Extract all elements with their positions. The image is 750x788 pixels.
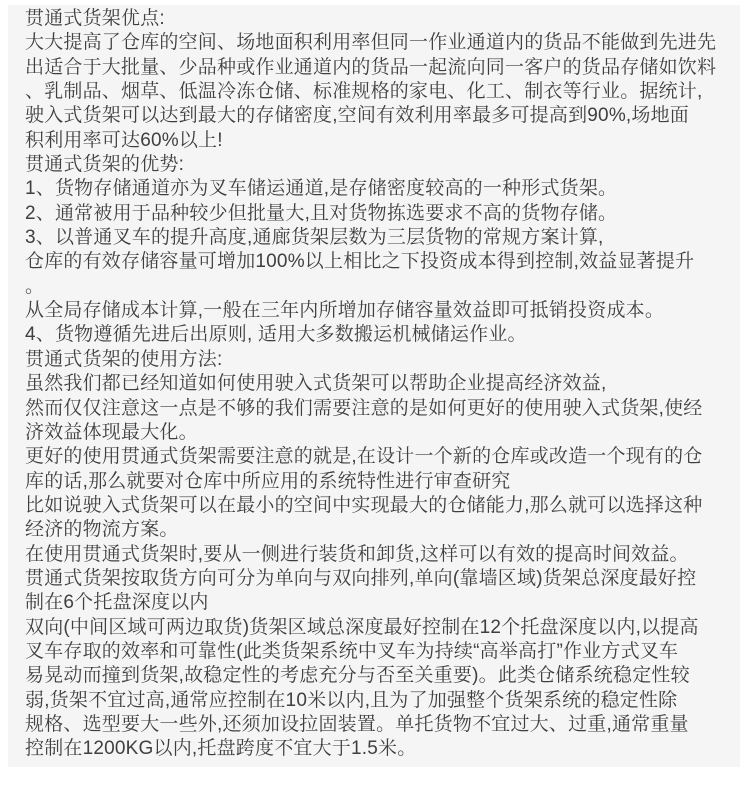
document-content: 贯通式货架优点: 大大提高了仓库的空间、场地面积利用率但同一作业通道内的货品不能…	[8, 5, 740, 762]
list-item: 1、货物存储通道亦为叉车储运通道,是存储密度较高的一种形式货架。	[25, 177, 732, 201]
text-line: 积利用率可达60%以上!	[25, 129, 732, 153]
text-line: 比如说驶入式货架可以在最小的空间中实现最大的仓储能力,那么就可以选择这种	[25, 494, 732, 518]
heading-advantages-title: 贯通式货架优点:	[25, 7, 732, 31]
list-item: 2、通常被用于品种较少但批量大,且对货物拣选要求不高的货物存储。	[25, 202, 732, 226]
text-line: 弱,货架不宜过高,通常应控制在10米以内,且为了加强整个货架系统的稳定性除	[25, 689, 732, 713]
heading-strengths-title: 贯通式货架的优势:	[25, 153, 732, 177]
text-line: 仓库的有效存储容量可增加100%以上相比之下投资成本得到控制,效益显著提升	[25, 250, 732, 274]
text-line: 易晃动而撞到货架,故稳定性的考虑充分与否至关重要)。此类仓储系统稳定性较	[25, 664, 732, 688]
text-line: 叉车存取的效率和可靠性(此类货架系统中叉车为持续“高举高打”作业方式叉车	[25, 640, 732, 664]
text-line: 更好的使用贯通式货架需要注意的就是,在设计一个新的仓库或改造一个现有的仓	[25, 445, 732, 469]
text-line: 出适合于大批量、少品种或作业通道内的货品一起流向同一客户的货品存储如饮料	[25, 56, 732, 80]
text-line: 在使用贯通式货架时,要从一侧进行装货和卸货,这样可以有效的提高时间效益。	[25, 543, 732, 567]
text-line: 大大提高了仓库的空间、场地面积利用率但同一作业通道内的货品不能做到先进先	[25, 31, 732, 55]
heading-usage-title: 贯通式货架的使用方法:	[25, 348, 732, 372]
text-line: 贯通式货架按取货方向可分为单向与双向排列,单向(靠墙区域)货架总深度最好控	[25, 567, 732, 591]
text-line: 经济的物流方案。	[25, 518, 732, 542]
list-item: 3、以普通叉车的提升高度,通廊货架层数为三层货物的常规方案计算,	[25, 226, 732, 250]
text-line: 。	[25, 275, 732, 299]
text-line: 虽然我们都已经知道如何使用驶入式货架可以帮助企业提高经济效益,	[25, 372, 732, 396]
text-line: 、乳制品、烟草、低温冷冻仓储、标准规格的家电、化工、制衣等行业。据统计,	[25, 80, 732, 104]
document-panel: 贯通式货架优点: 大大提高了仓库的空间、场地面积利用率但同一作业通道内的货品不能…	[8, 5, 740, 767]
text-line: 然而仅仅注意这一点是不够的我们需要注意的是如何更好的使用驶入式货架,使经	[25, 397, 732, 421]
text-line: 驶入式货架可以达到最大的存储密度,空间有效利用率最多可提高到90%,场地面	[25, 104, 732, 128]
list-item: 4、货物遵循先进后出原则, 适用大多数搬运机械储运作业。	[25, 323, 732, 347]
text-line: 库的话,那么就要对仓库中所应用的系统特性进行审查研究	[25, 470, 732, 494]
text-line: 控制在1200KG以内,托盘跨度不宜大于1.5米。	[25, 737, 732, 761]
text-line: 规格、选型要大一些外,还须加设拉固装置。单托货物不宜过大、过重,通常重量	[25, 713, 732, 737]
text-line: 双向(中间区域可两边取货)货架区域总深度最好控制在12个托盘深度以内,以提高	[25, 616, 732, 640]
text-line: 济效益体现最大化。	[25, 421, 732, 445]
text-line: 从全局存储成本计算,一般在三年内所增加存储容量效益即可抵销投资成本。	[25, 299, 732, 323]
text-line: 制在6个托盘深度以内	[25, 591, 732, 615]
